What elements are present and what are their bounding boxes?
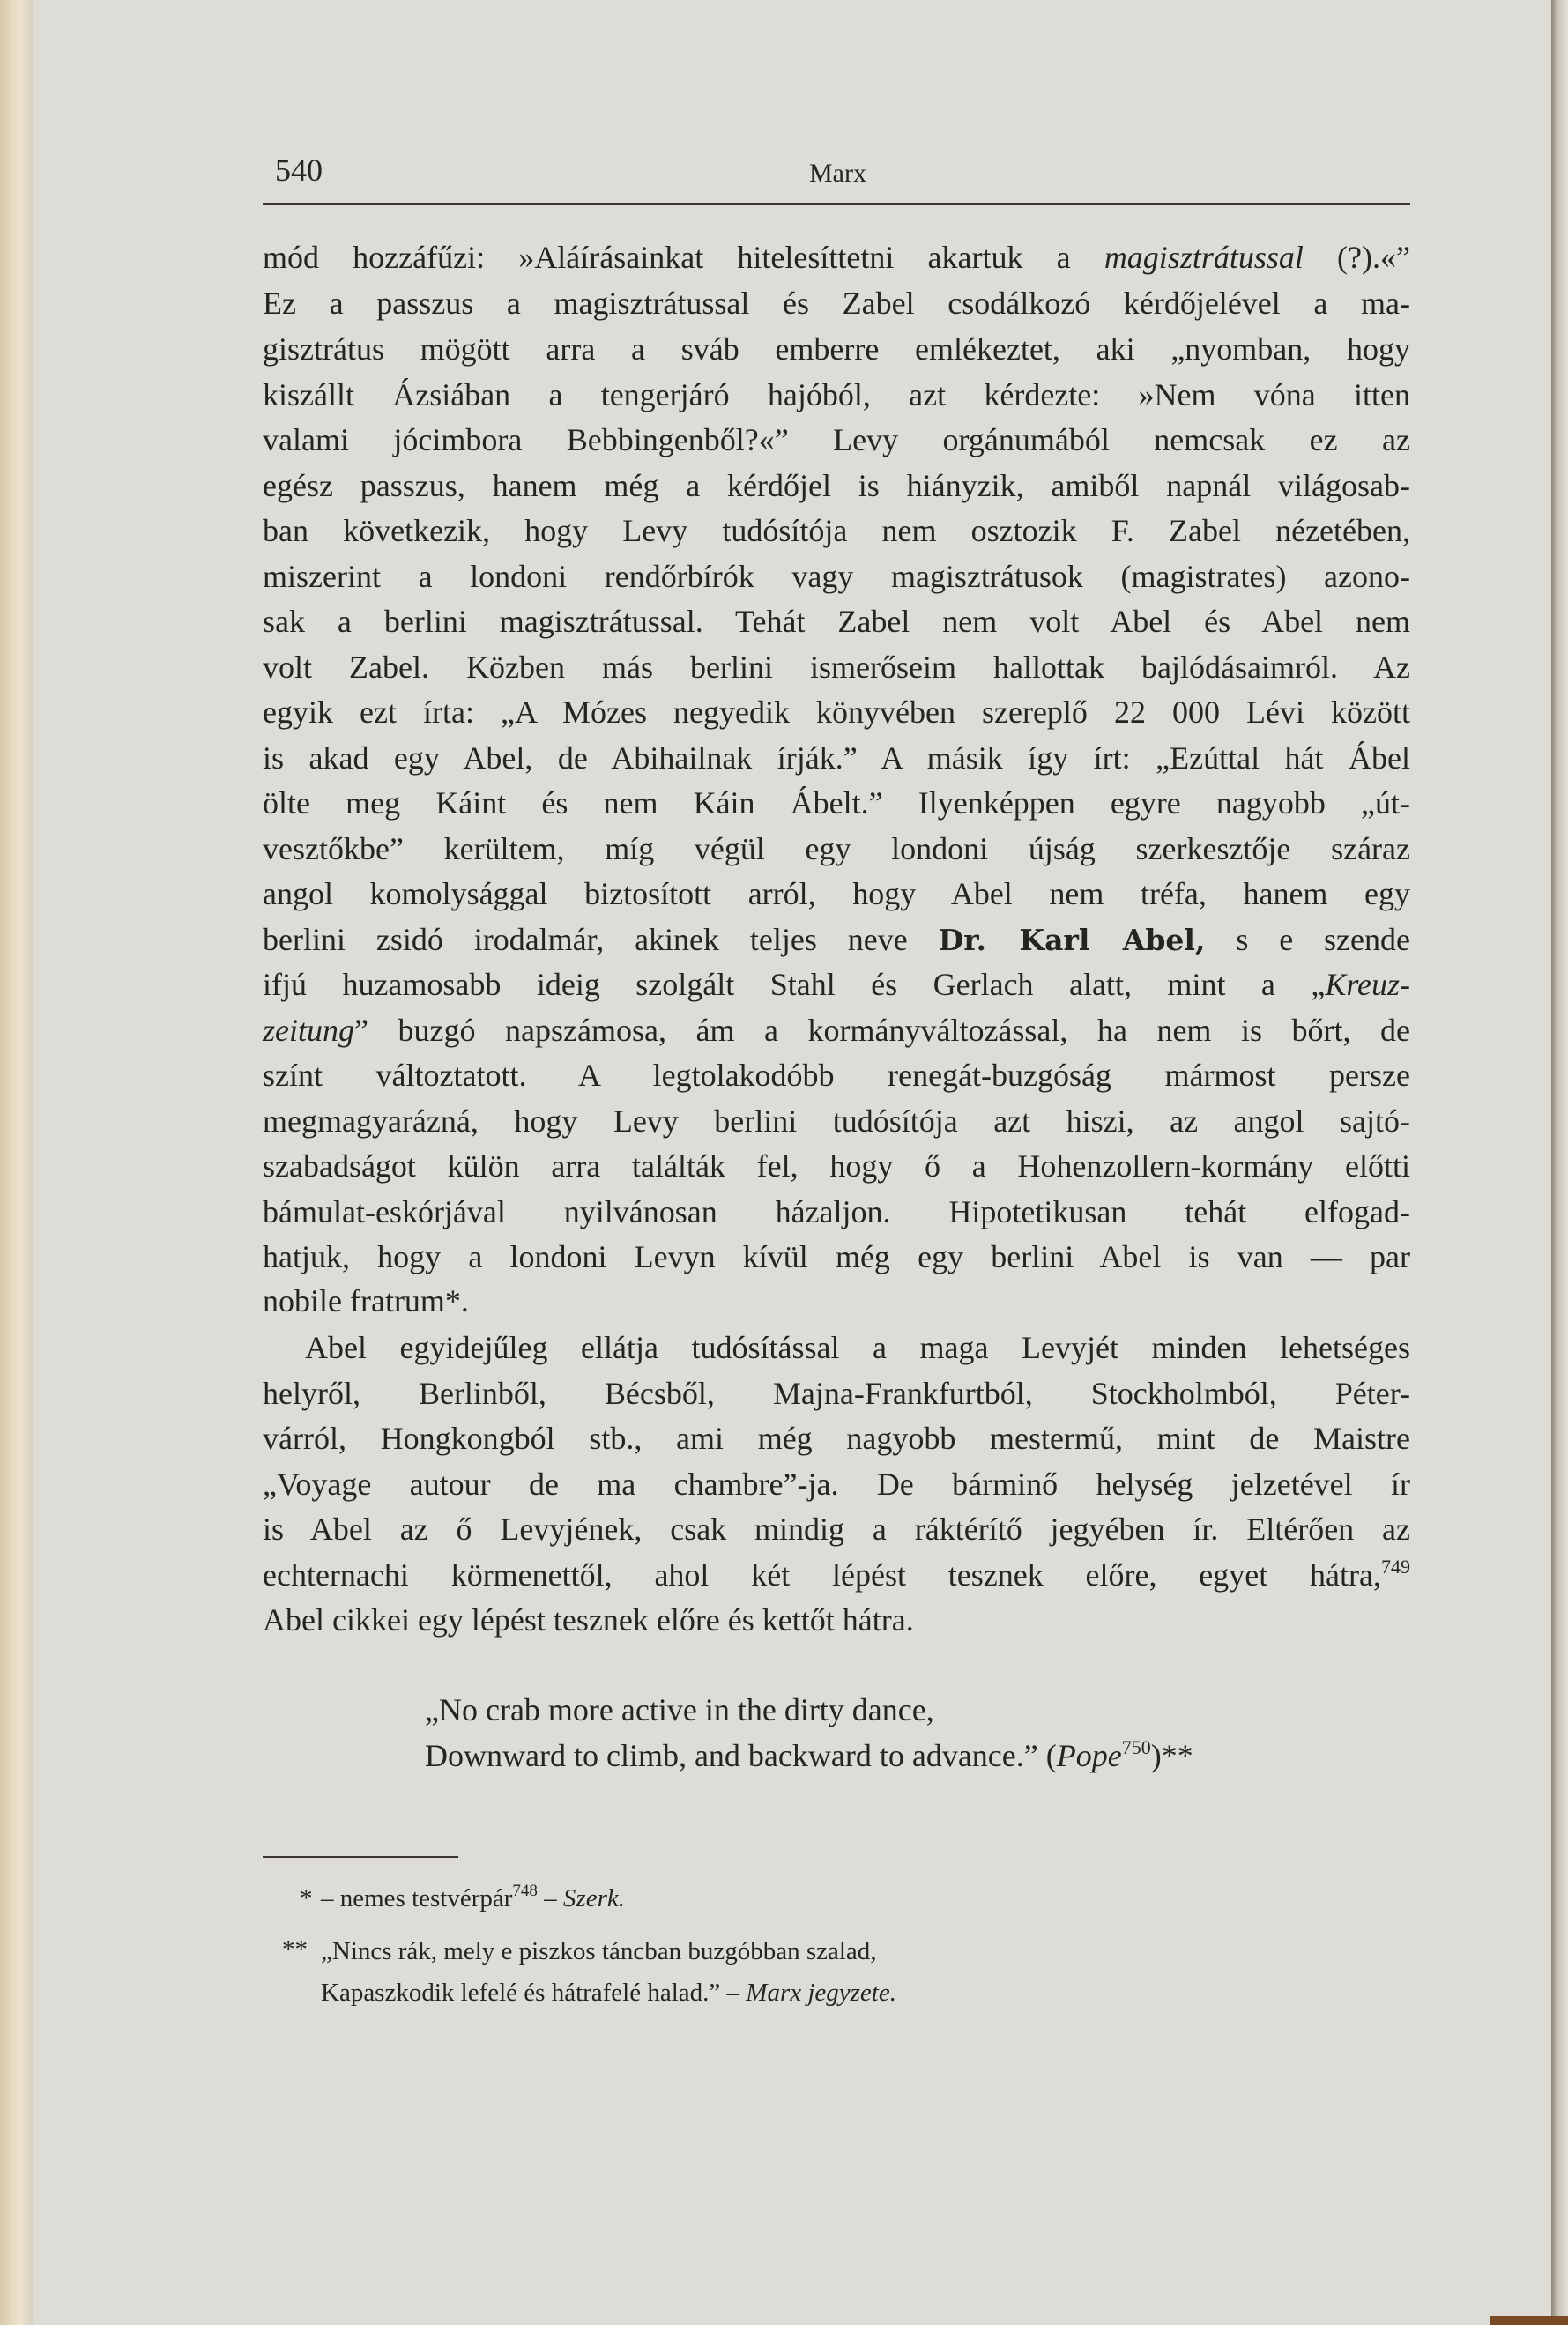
text-line: is Abel az ő Levyjének, csak mindig a rá… [263,1510,1410,1549]
running-title: Marx [809,159,866,189]
verse-line: „No crab more active in the dirty dance, [425,1690,934,1729]
text-line: ifjú huzamosabb ideig szolgált Stahl és … [263,965,1410,1004]
text-line: Abel cikkei egy lépést tesznek előre és … [263,1601,1410,1639]
text-line: Abel egyidejűleg ellátja tudósítással a … [263,1328,1410,1367]
text-line: helyről, Berlinből, Bécsből, Majna-Frank… [263,1374,1410,1413]
text-line: is akad egy Abel, de Abihailnak írják.” … [263,739,1410,777]
verse-line: Downward to climb, and backward to advan… [425,1736,1193,1775]
text-line: nobile fratrum*. [263,1281,1410,1320]
text-line: volt Zabel. Közben más berlini ismerősei… [263,648,1410,687]
page-right-edge [1551,0,1568,2325]
endnote-ref: 748 [512,1882,538,1900]
text-line: sak a berlini magisztrátussal. Tehát Zab… [263,602,1410,641]
emphasized-name: Dr. Karl Abel, [939,923,1206,957]
text-line: zeitung” buzgó napszámosa, ám a kormányv… [263,1011,1410,1050]
text-line: szabadságot külön arra találták fel, hog… [263,1147,1410,1185]
text-line: ölte meg Káint és nem Káin Ábelt.” Ilyen… [263,784,1410,822]
text-line: echternachi körmenettől, ahol két lépést… [263,1556,1410,1594]
text-line: Ez a passzus a magisztrátussal és Zabel … [263,284,1410,323]
header-rule [263,203,1410,205]
text-line: valami jócimbora Bebbingenből?«” Levy or… [263,420,1410,459]
text-line: megmagyarázná, hogy Levy berlini tudósít… [263,1102,1410,1140]
text-line: színt változtatott. A legtolakodóbb rene… [263,1056,1410,1095]
footnote-mark: ** [282,1934,308,1965]
endnote-ref: 749 [1381,1556,1410,1578]
text-line: gisztrátus mögött arra a sváb emberre em… [263,330,1410,368]
book-spine-edge [0,0,33,2325]
text-line: egyik ezt írta: „A Mózes negyedik könyvé… [263,693,1410,732]
emphasis: magisztrátussal [1104,240,1304,275]
text-line: mód hozzáfűzi: »Aláírásainkat hitelesítt… [263,238,1410,277]
footnote-text: – nemes testvérpár748 – Szerk. [321,1883,625,1914]
page-number: 540 [275,152,323,189]
text-line: kiszállt Ázsiában a tengerjáró hajóból, … [263,375,1410,414]
text-line: berlini zsidó irodalmár, akinek teljes n… [263,920,1410,959]
emphasis: Kreuz- [1325,967,1410,1002]
text-line: angol komolysággal biztosított arról, ho… [263,874,1410,913]
text-line: hatjuk, hogy a londoni Levyn kívül még e… [263,1237,1410,1276]
endnote-ref: 750 [1122,1736,1151,1758]
page-stack-edge [12,0,15,2325]
emphasis: zeitung [263,1013,354,1048]
text-line: vesztőkbe” kerültem, míg végül egy londo… [263,829,1410,868]
text-line: várról, Hongkongból stb., ami még nagyob… [263,1419,1410,1458]
text-line: ban következik, hogy Levy tudósítója nem… [263,511,1410,550]
text-line: egész passzus, hanem még a kérdőjel is h… [263,466,1410,505]
footnote-text: Kapaszkodik lefelé és hátrafelé halad.” … [321,1977,896,2009]
quote-author: Pope [1057,1738,1122,1773]
table-surface [1490,2316,1568,2325]
footnote-mark: * [300,1883,313,1914]
text-line: miszerint a londoni rendőrbírók vagy mag… [263,557,1410,596]
footnote-rule [263,1856,458,1858]
footnote-text: „Nincs rák, mely e piszkos táncban buzgó… [321,1935,877,1967]
text-line: bámulat-eskórjával nyilvánosan házaljon.… [263,1192,1410,1231]
text-line: „Voyage autour de ma chambre”-ja. De bár… [263,1465,1410,1504]
